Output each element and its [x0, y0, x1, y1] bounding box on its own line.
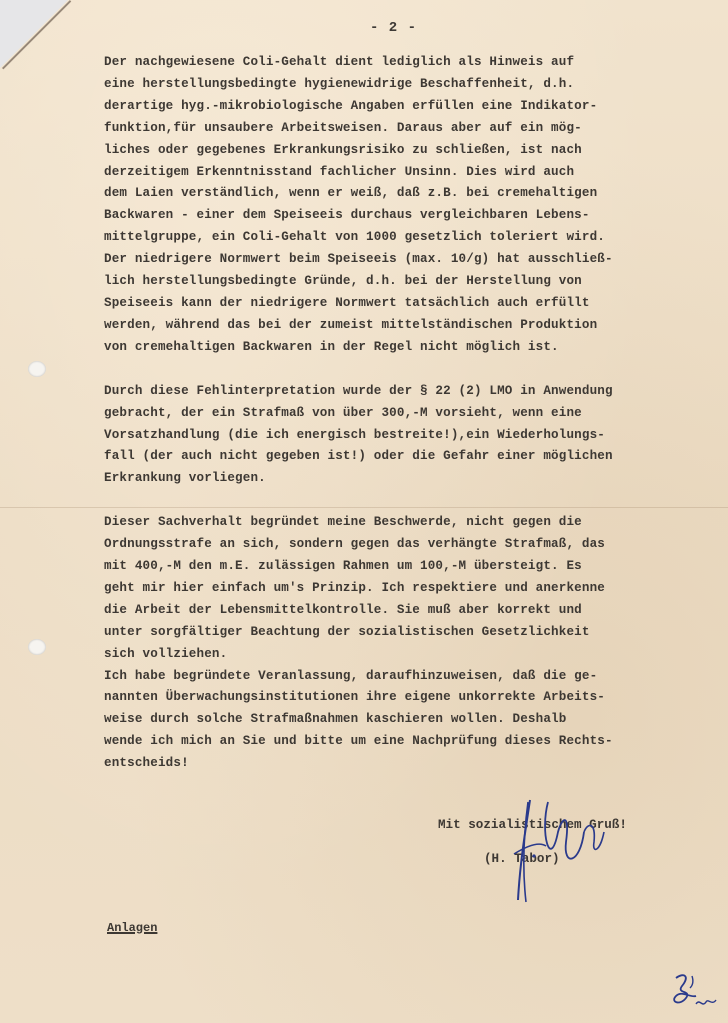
text-line: Erkrankung vorliegen.: [104, 468, 714, 490]
folded-corner: [0, 0, 68, 68]
text-line: dem Laien verständlich, wenn er weiß, da…: [104, 183, 714, 205]
text-line: sich vollziehen.: [104, 644, 714, 666]
text-line: nannten Überwachungsinstitutionen ihre e…: [104, 687, 714, 709]
text-line: geht mir hier einfach um's Prinzip. Ich …: [104, 578, 714, 600]
punch-hole-upper: [28, 361, 46, 377]
text-line: gebracht, der ein Strafmaß von über 300,…: [104, 403, 714, 425]
letter-body: Der nachgewiesene Coli-Gehalt dient ledi…: [104, 52, 714, 797]
paragraph: Dieser Sachverhalt begründet meine Besch…: [104, 512, 714, 775]
text-line: Ich habe begründete Veranlassung, darauf…: [104, 666, 714, 688]
text-line: unter sorgfältiger Beachtung der soziali…: [104, 622, 714, 644]
handwritten-initials: [662, 968, 722, 1016]
handwritten-signature: [500, 792, 610, 907]
text-line: Der niedrigere Normwert beim Speiseeis (…: [104, 249, 714, 271]
text-line: mittelgruppe, ein Coli-Gehalt von 1000 g…: [104, 227, 714, 249]
text-line: derartige hyg.-mikrobiologische Angaben …: [104, 96, 714, 118]
text-line: weise durch solche Strafmaßnahmen kaschi…: [104, 709, 714, 731]
text-line: Durch diese Fehlinterpretation wurde der…: [104, 381, 714, 403]
text-line: die Arbeit der Lebensmittelkontrolle. Si…: [104, 600, 714, 622]
paragraph: Der nachgewiesene Coli-Gehalt dient ledi…: [104, 52, 714, 359]
text-line: von cremehaltigen Backwaren in der Regel…: [104, 337, 714, 359]
text-line: Dieser Sachverhalt begründet meine Besch…: [104, 512, 714, 534]
text-line: mit 400,-M den m.E. zulässigen Rahmen um…: [104, 556, 714, 578]
text-line: Vorsatzhandlung (die ich energisch bestr…: [104, 425, 714, 447]
punch-hole-lower: [28, 639, 46, 655]
text-line: lich herstellungsbedingte Gründe, d.h. b…: [104, 271, 714, 293]
text-line: fall (der auch nicht gegeben ist!) oder …: [104, 446, 714, 468]
page-number: - 2 -: [370, 20, 417, 36]
attachments-label: Anlagen: [107, 921, 157, 935]
text-line: wende ich mich an Sie und bitte um eine …: [104, 731, 714, 753]
text-line: liches oder gegebenes Erkrankungsrisiko …: [104, 140, 714, 162]
text-line: Der nachgewiesene Coli-Gehalt dient ledi…: [104, 52, 714, 74]
text-line: eine herstellungsbedingte hygienewidrige…: [104, 74, 714, 96]
text-line: Backwaren - einer dem Speiseeis durchaus…: [104, 205, 714, 227]
text-line: Ordnungsstrafe an sich, sondern gegen da…: [104, 534, 714, 556]
text-line: Speiseeis kann der niedrigere Normwert t…: [104, 293, 714, 315]
paragraph: Durch diese Fehlinterpretation wurde der…: [104, 381, 714, 491]
text-line: derzeitigem Erkenntnisstand fachlicher U…: [104, 162, 714, 184]
text-line: entscheids!: [104, 753, 714, 775]
text-line: werden, während das bei der zumeist mitt…: [104, 315, 714, 337]
text-line: funktion,für unsaubere Arbeitsweisen. Da…: [104, 118, 714, 140]
